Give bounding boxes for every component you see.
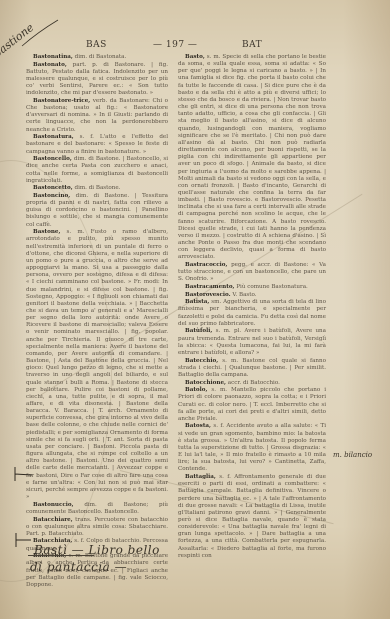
- entry-headword: Basto,: [185, 54, 205, 60]
- entry-headword: Batecchio,: [185, 358, 218, 364]
- dictionary-entry: Bastonatore-trice, verb. da Bastonare: C…: [26, 98, 168, 134]
- entry-headword: Batacchiare,: [33, 517, 73, 523]
- entry-definition: accr. di Batocchio.: [228, 380, 280, 386]
- right-column: Basto, s. m. Specie di sella che portano…: [178, 54, 326, 560]
- handwritten-underline: [28, 555, 94, 556]
- handwritten-bracket-mark: [12, 466, 34, 482]
- dictionary-entry: Basto, s. m. Specie di sella che portano…: [178, 54, 326, 262]
- dictionary-entry: Battaglia, s. f. Affrontamento generale …: [178, 474, 326, 560]
- entry-headword: Bastonatura,: [33, 134, 74, 140]
- left-column: Bastonatina, dim. di Bastonata. Bastonat…: [26, 54, 168, 590]
- entry-definition: dim. di Bastone.: [74, 185, 120, 191]
- dictionary-entry: Bastoncetto, dim. di Bastone.: [26, 185, 168, 192]
- entry-headword: Bastoncello,: [33, 156, 72, 162]
- dictionary-entry: Batolo, s. m. Mantello piccolo che porta…: [178, 387, 326, 423]
- entry-headword: Bastonuccio,: [33, 502, 74, 508]
- entry-headword: Bastorovescio.: [185, 292, 231, 298]
- entry-definition: Più comune Bastonatura.: [236, 284, 308, 290]
- dictionary-entry: Bastonatura, s. f. L'atto e l'effetto de…: [26, 134, 168, 155]
- entry-headword: Bastone,: [33, 229, 60, 235]
- entry-definition: s. m. Specie di sella che portano le bes…: [178, 54, 326, 260]
- scanned-dictionary-page: BAS — 197 — BAT Bastonatina, dim. di Bas…: [0, 0, 390, 619]
- dictionary-entry: Bastone, s. m. Fusto o ramo d'albero, ar…: [26, 229, 168, 501]
- entry-definition: V. Basto.: [232, 292, 256, 298]
- entry-definition: s. f. Affrontamento generale di due eser…: [178, 474, 326, 559]
- entry-headword: Batùfoli,: [185, 328, 212, 334]
- handwritten-margin-note-right: m. bilancio: [333, 451, 372, 459]
- entry-headword: Bastoncetto,: [33, 185, 73, 191]
- entry-headword: Bastonatina,: [33, 54, 73, 60]
- entry-headword: Bastracamento,: [185, 284, 235, 290]
- entry-definition: dim. di Bastonata.: [75, 54, 127, 60]
- dictionary-entry: Bastonato, part. p. di Bastonare. | fig.…: [26, 62, 168, 98]
- dictionary-entry: Bastoncino, dim. di Bastone. | Tessitura…: [26, 193, 168, 229]
- dictionary-entry: Bastorovescio. V. Basto.: [178, 292, 326, 299]
- dictionary-entry: Batacchiare, trans. Percuotere con batac…: [26, 517, 168, 538]
- guide-word-left: BAS: [86, 40, 107, 50]
- dictionary-entry: Batista, sm. Aggettivo di una sorta di t…: [178, 299, 326, 328]
- dictionary-entry: Bastonuccio, dim. di Bastone; più comune…: [26, 502, 168, 516]
- dictionary-entry: Bastoncello, dim. di Bastone. | Bastonce…: [26, 156, 168, 185]
- handwritten-pen-stroke: [20, 18, 60, 48]
- dictionary-entry: Bastracamento, Più comune Bastonatura.: [178, 284, 326, 291]
- entry-definition: s. m. Fusto o ramo d'albero, arrotondato…: [26, 229, 168, 500]
- entry-headword: Batocchione,: [185, 380, 226, 386]
- dictionary-entry: Batecchio, s. m. Bastone col quale si fa…: [178, 358, 326, 379]
- dictionary-entry: Bastonatina, dim. di Bastonata.: [26, 54, 168, 61]
- entry-headword: Batista,: [185, 299, 209, 305]
- entry-headword: Batosta,: [185, 423, 211, 429]
- entry-headword: Battaglia,: [185, 474, 216, 480]
- guide-word-right: BAT: [242, 40, 262, 50]
- dictionary-entry: Bastracoccio, pegg. e accr. di Bastone: …: [178, 262, 326, 283]
- handwritten-note-line-2: di pantaccia —: [30, 560, 127, 574]
- entry-headword: Bastonatore-trice,: [33, 98, 90, 104]
- dictionary-entry: Batùfoli, s. m. pl. Avere i batùfoli, Av…: [178, 328, 326, 357]
- entry-headword: Bastoncino,: [33, 193, 70, 199]
- entry-definition: s. f. Accidente avuto a alla salute: « T…: [178, 423, 326, 472]
- entry-headword: Batolo,: [185, 387, 207, 393]
- dictionary-entry: Batosta, s. f. Accidente avuto a alla sa…: [178, 423, 326, 473]
- handwritten-bracket-mark: [13, 532, 33, 548]
- page-number: — 197 —: [153, 40, 197, 50]
- dictionary-entry: Batocchione, accr. di Batocchio.: [178, 380, 326, 387]
- entry-headword: Bastracoccio,: [185, 262, 227, 268]
- entry-headword: Bastonato,: [33, 62, 67, 68]
